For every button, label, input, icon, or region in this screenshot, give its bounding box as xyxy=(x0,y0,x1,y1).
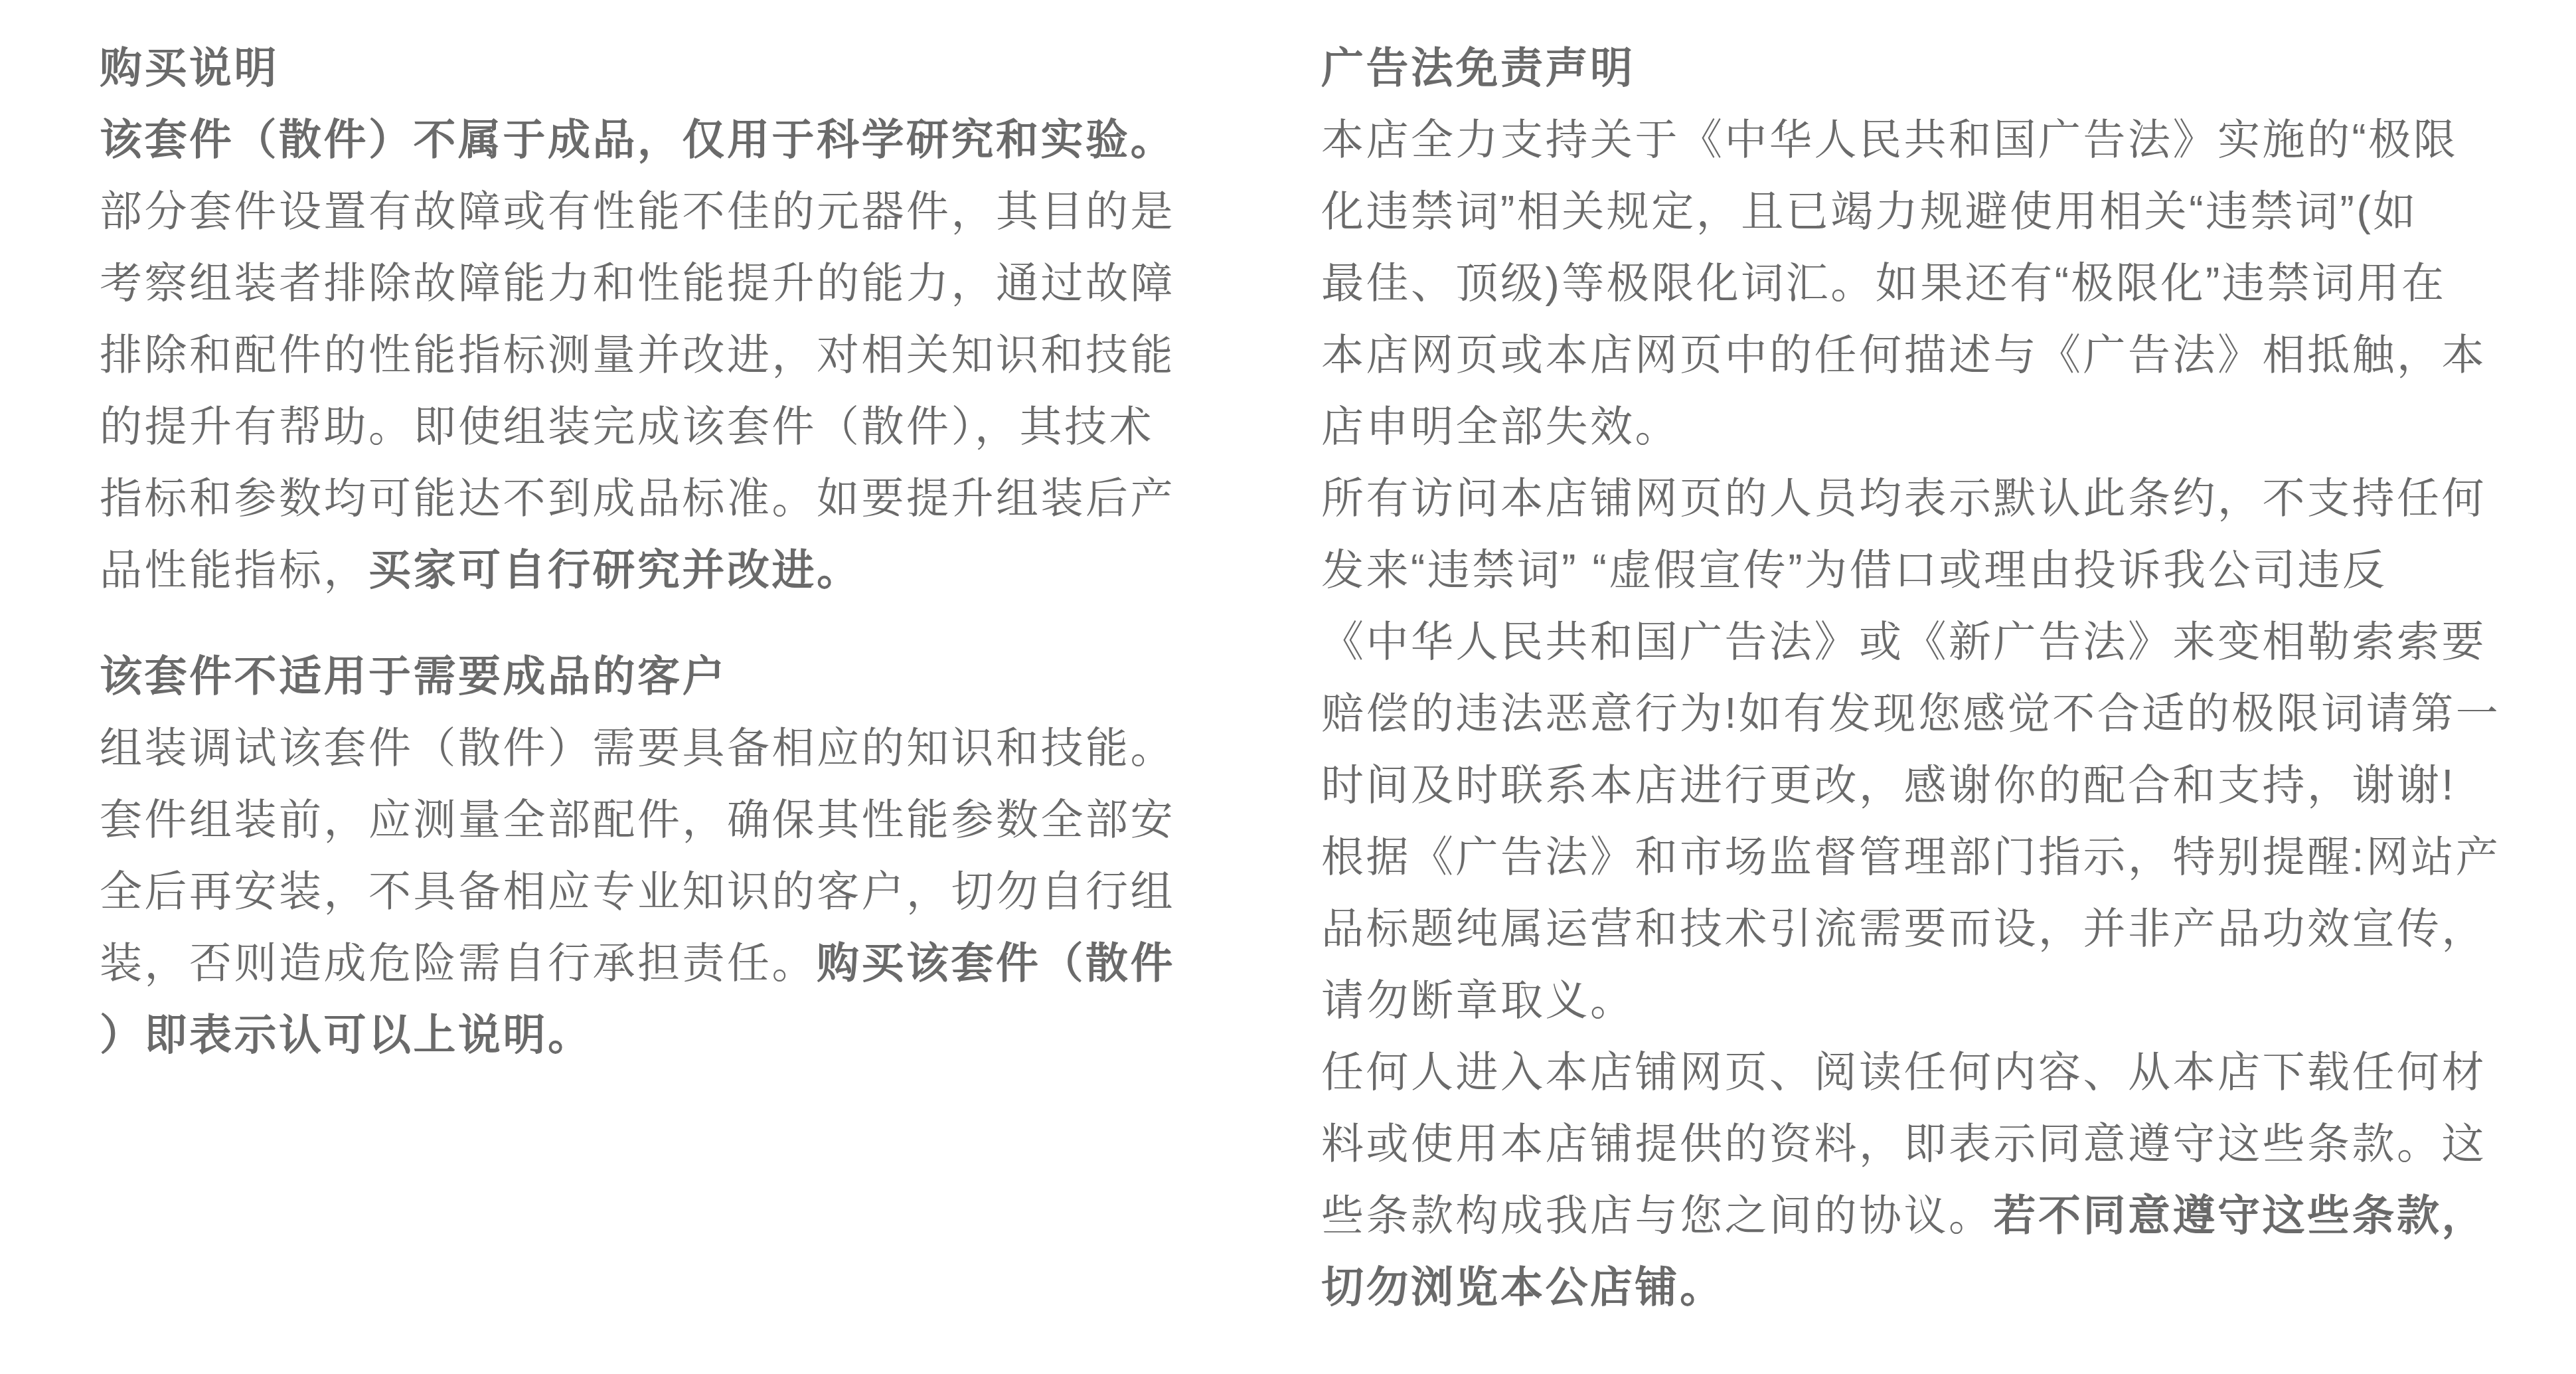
text-line: 所有访问本店铺网页的人员均表示默认此条约，不支持任何 xyxy=(1321,462,2543,534)
page: 购买说明 该套件（散件）不属于成品，仅用于科学研究和实验。部分套件设置有故障或有… xyxy=(0,0,2576,1374)
purchase-notes-body: 该套件（散件）不属于成品，仅用于科学研究和实验。部分套件设置有故障或有性能不佳的… xyxy=(100,104,1228,1071)
text-line: 排除和配件的性能指标测量并改进，对相关知识和技能 xyxy=(100,319,1228,390)
text-run: 《中华人民共和国广告法》或《新广告法》来变相勒索索要 xyxy=(1321,618,2486,665)
purchase-notes-title: 购买说明 xyxy=(100,32,1228,104)
bold-text-run: ）即表示认可以上说明。 xyxy=(100,1011,593,1059)
text-run: 店申明全部失效。 xyxy=(1321,402,1680,450)
bold-text-run: 若不同意遵守这些条款， xyxy=(1994,1191,2487,1239)
paragraph: 本店全力支持关于《中华人民共和国广告法》实施的“极限化违禁词”相关规定，且已竭力… xyxy=(1321,104,2543,1323)
text-run: 全后再安装，不具备相应专业知识的客户，切勿自行组 xyxy=(100,867,1175,915)
text-line: 品标题纯属运营和技术引流需要而设，并非产品功效宣传， xyxy=(1321,893,2543,964)
text-run: 部分套件设置有故障或有性能不佳的元器件，其目的是 xyxy=(100,187,1175,235)
text-line: 切勿浏览本公店铺。 xyxy=(1321,1251,2543,1323)
text-line: 化违禁词”相关规定，且已竭力规避使用相关“违禁词”(如 xyxy=(1321,175,2543,247)
text-line: 店申明全部失效。 xyxy=(1321,390,2543,462)
text-line: 全后再安装，不具备相应专业知识的客户，切勿自行组 xyxy=(100,855,1228,927)
text-run: 任何人进入本店铺网页、阅读任何内容、从本店下载任何材 xyxy=(1321,1048,2486,1096)
text-line: 请勿断章取义。 xyxy=(1321,964,2543,1036)
text-run: 排除和配件的性能指标测量并改进，对相关知识和技能 xyxy=(100,331,1175,379)
paragraph: 该套件（散件）不属于成品，仅用于科学研究和实验。部分套件设置有故障或有性能不佳的… xyxy=(100,104,1228,606)
text-run: 赔偿的违法恶意行为!如有发现您感觉不合适的极限词请第一 xyxy=(1321,689,2500,737)
text-line: 发来“违禁词” “虚假宣传”为借口或理由投诉我公司违反 xyxy=(1321,534,2543,606)
text-line: 根据《广告法》和市场监督管理部门指示，特别提醒:网站产 xyxy=(1321,821,2543,893)
text-run: 请勿断章取义。 xyxy=(1321,976,1635,1024)
text-line: ）即表示认可以上说明。 xyxy=(100,999,1228,1071)
text-line: 《中华人民共和国广告法》或《新广告法》来变相勒索索要 xyxy=(1321,606,2543,677)
text-line: 考察组装者排除故障能力和性能提升的能力，通过故障 xyxy=(100,247,1228,319)
text-run: 本店全力支持关于《中华人民共和国广告法》实施的“极限 xyxy=(1321,116,2458,163)
text-line: 该套件（散件）不属于成品，仅用于科学研究和实验。 xyxy=(100,104,1228,175)
text-line: 部分套件设置有故障或有性能不佳的元器件，其目的是 xyxy=(100,175,1228,247)
bold-text-run: 该套件不适用于需要成品的客户 xyxy=(100,652,727,700)
purchase-notes-column: 购买说明 该套件（散件）不属于成品，仅用于科学研究和实验。部分套件设置有故障或有… xyxy=(100,32,1228,1071)
ad-law-disclaimer-body: 本店全力支持关于《中华人民共和国广告法》实施的“极限化违禁词”相关规定，且已竭力… xyxy=(1321,104,2543,1323)
text-run: 套件组装前，应测量全部配件，确保其性能参数全部安 xyxy=(100,796,1175,843)
text-run: 最佳、顶级)等极限化词汇。如果还有“极限化”违禁词用在 xyxy=(1321,259,2446,307)
text-line: 品性能指标，买家可自行研究并改进。 xyxy=(100,534,1228,606)
text-run: 根据《广告法》和市场监督管理部门指示，特别提醒:网站产 xyxy=(1321,833,2500,881)
bold-text-run: 买家可自行研究并改进。 xyxy=(368,546,862,594)
text-run: 发来“违禁词” “虚假宣传”为借口或理由投诉我公司违反 xyxy=(1321,546,2387,594)
text-run: 品标题纯属运营和技术引流需要而设，并非产品功效宣传， xyxy=(1321,904,2486,952)
ad-law-disclaimer-title: 广告法免责声明 xyxy=(1321,32,2543,104)
bold-text-run: 购买该套件（散件 xyxy=(817,939,1175,987)
text-line: 最佳、顶级)等极限化词汇。如果还有“极限化”违禁词用在 xyxy=(1321,247,2543,319)
text-line: 该套件不适用于需要成品的客户 xyxy=(100,640,1228,712)
text-line: 本店网页或本店网页中的任何描述与《广告法》相抵触，本 xyxy=(1321,319,2543,390)
text-run: 装，否则造成危险需自行承担责任。 xyxy=(100,939,817,987)
text-run: 所有访问本店铺网页的人员均表示默认此条约，不支持任何 xyxy=(1321,474,2486,522)
text-run: 的提升有帮助。即使组装完成该套件（散件），其技术 xyxy=(100,402,1154,450)
text-line: 时间及时联系本店进行更改，感谢你的配合和支持，谢谢! xyxy=(1321,749,2543,821)
text-run: 时间及时联系本店进行更改，感谢你的配合和支持，谢谢! xyxy=(1321,761,2456,809)
text-line: 任何人进入本店铺网页、阅读任何内容、从本店下载任何材 xyxy=(1321,1036,2543,1108)
text-line: 的提升有帮助。即使组装完成该套件（散件），其技术 xyxy=(100,390,1228,462)
text-line: 套件组装前，应测量全部配件，确保其性能参数全部安 xyxy=(100,784,1228,855)
text-line: 料或使用本店铺提供的资料，即表示同意遵守这些条款。这 xyxy=(1321,1108,2543,1179)
paragraph: 该套件不适用于需要成品的客户组装调试该套件（散件）需要具备相应的知识和技能。套件… xyxy=(100,640,1228,1071)
text-run: 料或使用本店铺提供的资料，即表示同意遵守这些条款。这 xyxy=(1321,1120,2486,1167)
text-run: 本店网页或本店网页中的任何描述与《广告法》相抵触，本 xyxy=(1321,331,2486,379)
text-line: 组装调试该套件（散件）需要具备相应的知识和技能。 xyxy=(100,712,1228,784)
text-line: 本店全力支持关于《中华人民共和国广告法》实施的“极限 xyxy=(1321,104,2543,175)
bold-text-run: 切勿浏览本公店铺。 xyxy=(1321,1263,1725,1311)
text-line: 些条款构成我店与您之间的协议。若不同意遵守这些条款， xyxy=(1321,1179,2543,1251)
ad-law-disclaimer-column: 广告法免责声明 本店全力支持关于《中华人民共和国广告法》实施的“极限化违禁词”相… xyxy=(1321,32,2543,1323)
text-run: 品性能指标， xyxy=(100,546,368,594)
text-line: 赔偿的违法恶意行为!如有发现您感觉不合适的极限词请第一 xyxy=(1321,677,2543,749)
text-run: 考察组装者排除故障能力和性能提升的能力，通过故障 xyxy=(100,259,1175,307)
text-run: 指标和参数均可能达不到成品标准。如要提升组装后产 xyxy=(100,474,1175,522)
text-run: 组装调试该套件（散件）需要具备相应的知识和技能。 xyxy=(100,724,1175,772)
text-run: 些条款构成我店与您之间的协议。 xyxy=(1321,1191,1994,1239)
bold-text-run: 该套件（散件）不属于成品，仅用于科学研究和实验。 xyxy=(100,116,1175,163)
text-line: 装，否则造成危险需自行承担责任。购买该套件（散件 xyxy=(100,927,1228,999)
text-line: 指标和参数均可能达不到成品标准。如要提升组装后产 xyxy=(100,462,1228,534)
text-run: 化违禁词”相关规定，且已竭力规避使用相关“违禁词”(如 xyxy=(1321,187,2418,235)
